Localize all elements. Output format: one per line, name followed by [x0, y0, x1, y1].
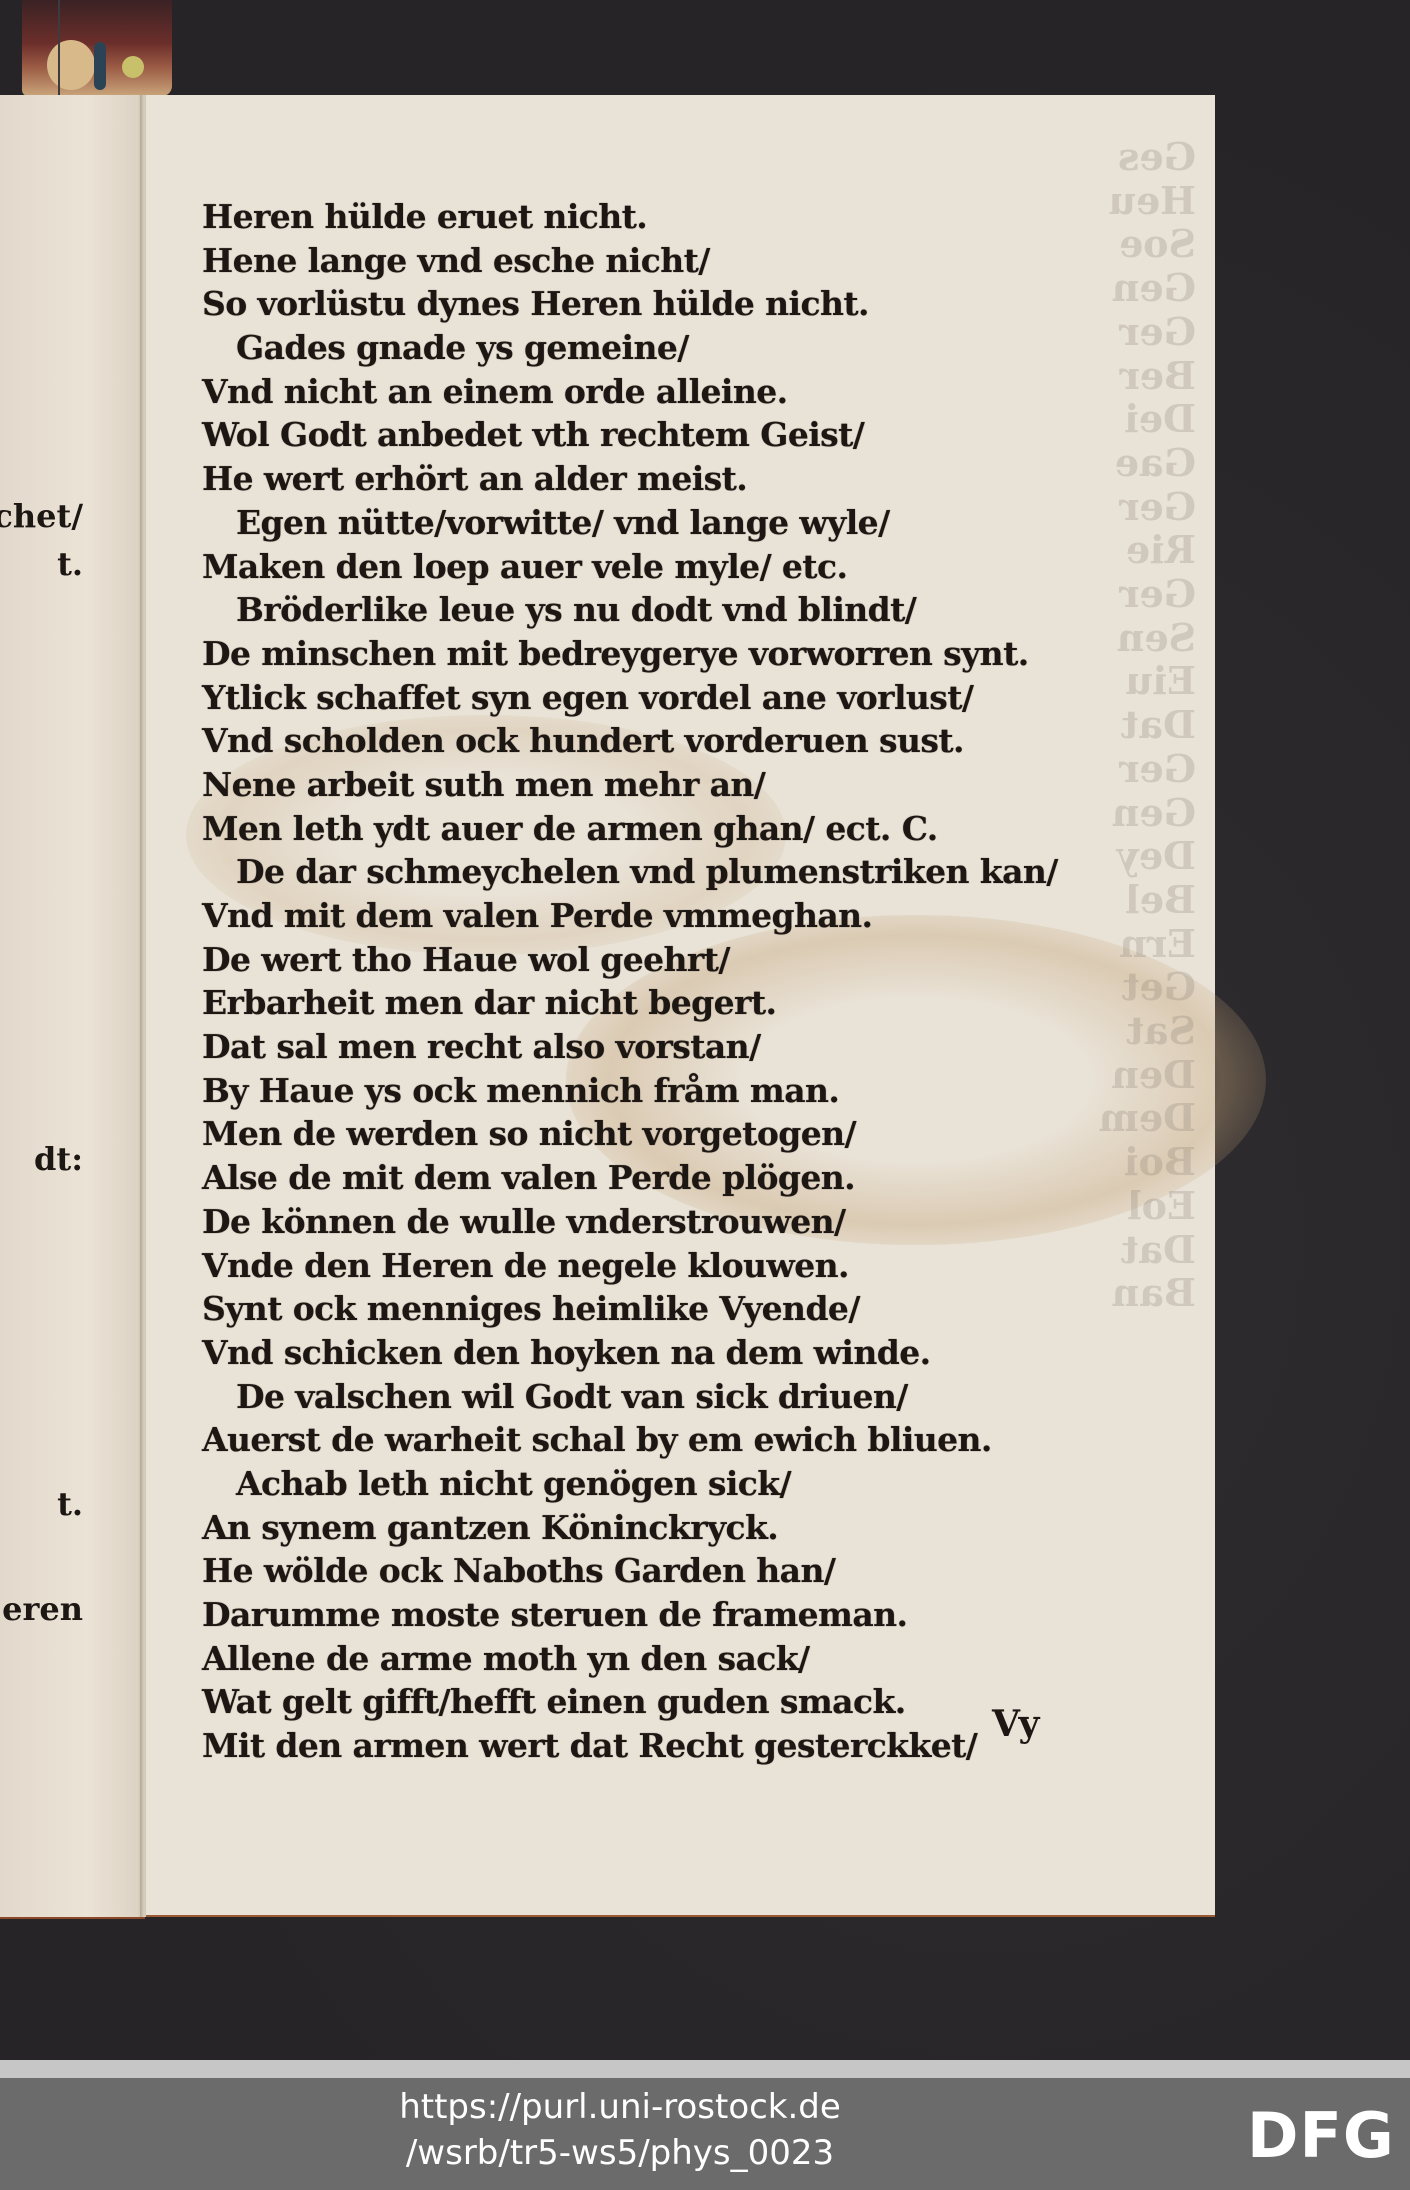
- text-line: Bröderlike leue ys nu dodt vnd blindt/: [202, 588, 1162, 632]
- headband-decoration: [122, 56, 144, 78]
- left-page-text-fragment: eren: [2, 1590, 83, 1628]
- text-line: Wol Godt anbedet vth rechtem Geist/: [202, 413, 1162, 457]
- text-line: Men leth ydt auer de armen ghan/ ect. C.: [202, 807, 1162, 851]
- left-page-text-fragment: t.: [57, 545, 83, 583]
- left-page-text-fragment: dt:: [34, 1140, 83, 1178]
- text-line: So vorlüstu dynes Heren hülde nicht.: [202, 282, 1162, 326]
- permalink-line-1[interactable]: https://purl.uni-rostock.de: [360, 2084, 880, 2130]
- left-page: chet/t.dt:t.eren: [0, 95, 145, 1919]
- text-line: Egen nütte/vorwitte/ vnd lange wyle/: [202, 501, 1162, 545]
- text-line: De minschen mit bedreygerye vorworren sy…: [202, 632, 1162, 676]
- text-line: Vnd mit dem valen Perde vmmeghan.: [202, 894, 1162, 938]
- text-line: He wert erhört an alder meist.: [202, 457, 1162, 501]
- dfg-logo: DFG: [1247, 2110, 1395, 2162]
- text-line: Heren hülde eruet nicht.: [202, 195, 1162, 239]
- text-line: Maken den loep auer vele myle/ etc.: [202, 545, 1162, 589]
- permalink-line-2[interactable]: /wsrb/tr5-ws5/phys_0023: [360, 2130, 880, 2176]
- text-line: Dat sal men recht also vorstan/: [202, 1025, 1162, 1069]
- text-line: De wert tho Haue wol geehrt/: [202, 938, 1162, 982]
- signature-mark: Vy: [992, 1703, 1039, 1745]
- text-line: Synt ock menniges heimlike Vyende/: [202, 1287, 1162, 1331]
- text-line: Vnd nicht an einem orde alleine.: [202, 370, 1162, 414]
- text-line: By Haue ys ock mennich fråm man.: [202, 1069, 1162, 1113]
- book-headband: [22, 0, 172, 96]
- text-line: He wölde ock Naboths Garden han/: [202, 1549, 1162, 1593]
- text-line: Vnd scholden ock hundert vorderuen sust.: [202, 719, 1162, 763]
- text-line: Vnd schicken den hoyken na dem winde.: [202, 1331, 1162, 1375]
- text-line: De dar schmeychelen vnd plumenstriken ka…: [202, 850, 1162, 894]
- permalink[interactable]: https://purl.uni-rostock.de /wsrb/tr5-ws…: [360, 2084, 880, 2176]
- right-page: Ges Heu Soe Gen Ger Ber Dei Gae Ger Rie …: [146, 95, 1215, 1917]
- text-line: Darumme moste steruen de frameman.: [202, 1593, 1162, 1637]
- text-line: Allene de arme moth yn den sack/: [202, 1637, 1162, 1681]
- left-page-text-fragment: t.: [57, 1485, 83, 1523]
- poem-text: Heren hülde eruet nicht.Hene lange vnd e…: [202, 195, 1162, 1768]
- text-line: De valschen wil Godt van sick driuen/: [202, 1375, 1162, 1419]
- text-line: Achab leth nicht genögen sick/: [202, 1462, 1162, 1506]
- text-line: Vnde den Heren de negele klouwen.: [202, 1244, 1162, 1288]
- headband-decoration: [94, 42, 106, 90]
- text-line: An synem gantzen Köninckryck.: [202, 1506, 1162, 1550]
- left-page-text-fragment: chet/: [0, 497, 83, 535]
- footer-bar: https://purl.uni-rostock.de /wsrb/tr5-ws…: [0, 2078, 1410, 2190]
- text-line: De können de wulle vnderstrouwen/: [202, 1200, 1162, 1244]
- text-line: Auerst de warheit schal by em ewich bliu…: [202, 1418, 1162, 1462]
- headband-decoration: [47, 40, 95, 90]
- text-line: Hene lange vnd esche nicht/: [202, 239, 1162, 283]
- text-line: Gades gnade ys gemeine/: [202, 326, 1162, 370]
- text-line: Ytlick schaffet syn egen vordel ane vorl…: [202, 676, 1162, 720]
- text-line: Erbarheit men dar nicht begert.: [202, 981, 1162, 1025]
- text-line: Nene arbeit suth men mehr an/: [202, 763, 1162, 807]
- text-line: Alse de mit dem valen Perde plögen.: [202, 1156, 1162, 1200]
- text-line: Men de werden so nicht vorgetogen/: [202, 1112, 1162, 1156]
- footer-divider: [0, 2060, 1410, 2078]
